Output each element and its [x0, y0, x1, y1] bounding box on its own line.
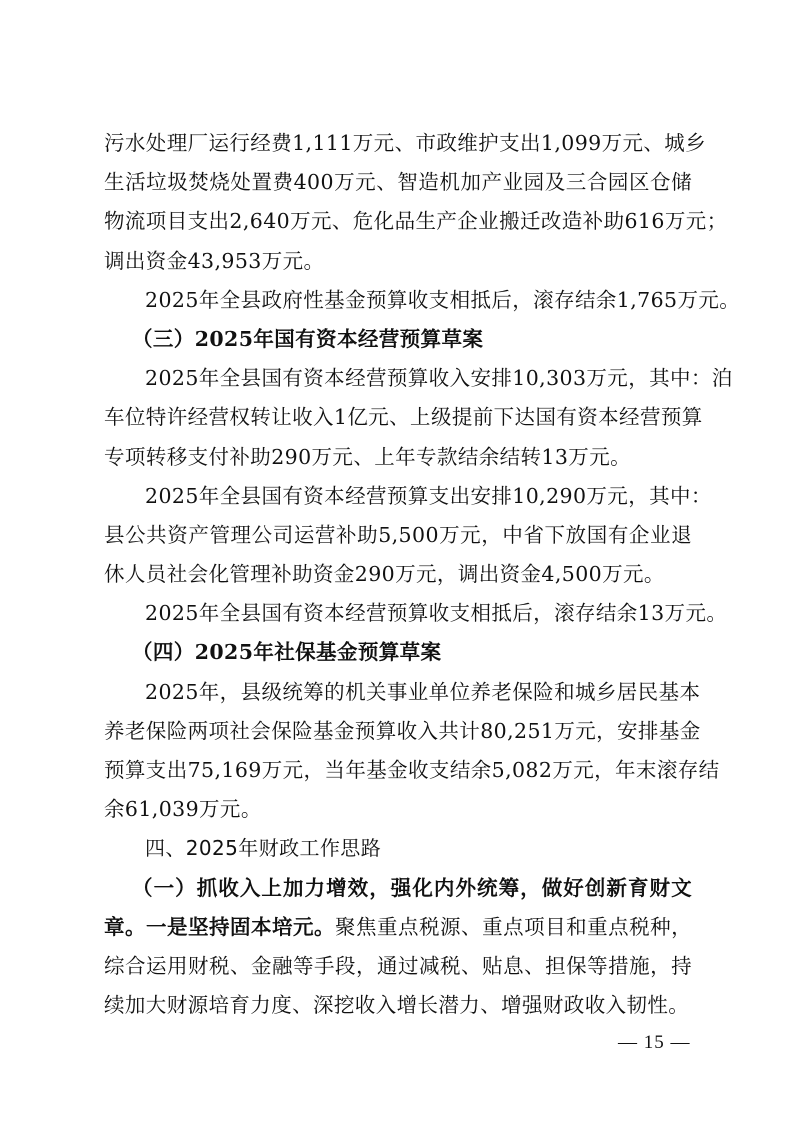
subsection-heading: （一）抓收入上加力增效，强化内外统筹，做好创新育财文 — [104, 869, 692, 908]
paragraph-line: 生活垃圾焚烧处置费400万元、智造机加产业园及三合园区仓储 — [104, 163, 692, 202]
paragraph-line: 2025年全县政府性基金预算收支相抵后，滚存结余1,765万元。 — [104, 281, 692, 320]
paragraph-line: 续加大财源培育力度、深挖收入增长潜力、增强财政收入韧性。 — [104, 986, 692, 1025]
paragraph-line: 余61,039万元。 — [104, 790, 692, 829]
paragraph-line: 章。一是坚持固本培元。聚焦重点税源、重点项目和重点税种， — [104, 908, 692, 947]
paragraph-line: 县公共资产管理公司运营补助5,500万元，中省下放国有企业退 — [104, 516, 692, 555]
paragraph-line: 2025年全县国有资本经营预算收入安排10,303万元，其中：泊 — [104, 359, 692, 398]
paragraph-line: 物流项目支出2,640万元、危化品生产企业搬迁改造补助616万元； — [104, 202, 692, 241]
paragraph-line: 养老保险两项社会保险基金预算收入共计80,251万元，安排基金 — [104, 712, 692, 751]
key-point-text: 聚焦重点税源、重点项目和重点税种， — [335, 915, 692, 939]
paragraph-line: 车位特许经营权转让收入1亿元、上级提前下达国有资本经营预算 — [104, 398, 692, 437]
key-point-lead: 一是坚持固本培元。 — [146, 915, 335, 939]
paragraph-line: 专项转移支付补助290万元、上年专款结余结转13万元。 — [104, 438, 692, 477]
paragraph-line: 2025年全县国有资本经营预算收支相抵后，滚存结余13万元。 — [104, 594, 692, 633]
paragraph-line: 休人员社会化管理补助资金290万元，调出资金4,500万元。 — [104, 555, 692, 594]
page-number: — 15 — — [618, 1032, 691, 1054]
paragraph-line: 2025年全县国有资本经营预算支出安排10,290万元，其中： — [104, 477, 692, 516]
paragraph-line: 污水处理厂运行经费1,111万元、市政维护支出1,099万元、城乡 — [104, 124, 692, 163]
document-body: 污水处理厂运行经费1,111万元、市政维护支出1,099万元、城乡 生活垃圾焚烧… — [104, 124, 692, 1025]
section-heading: （三）2025年国有资本经营预算草案 — [104, 320, 692, 359]
heading-tail: 章。 — [104, 915, 146, 939]
chapter-heading: 四、2025年财政工作思路 — [104, 829, 692, 868]
paragraph-line: 2025年，县级统筹的机关事业单位养老保险和城乡居民基本 — [104, 673, 692, 712]
paragraph-line: 综合运用财税、金融等手段，通过减税、贴息、担保等措施，持 — [104, 947, 692, 986]
paragraph-line: 调出资金43,953万元。 — [104, 242, 692, 281]
section-heading: （四）2025年社保基金预算草案 — [104, 633, 692, 672]
paragraph-line: 预算支出75,169万元，当年基金收支结余5,082万元，年末滚存结 — [104, 751, 692, 790]
